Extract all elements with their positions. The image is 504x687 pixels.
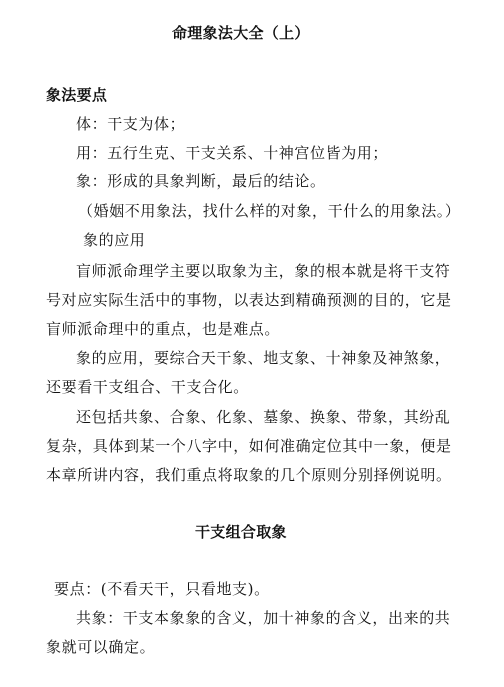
body-line: 用：五行生克、干支关系、十神宫位皆为用；: [76, 144, 388, 162]
body-line: 体：干支为体；: [76, 115, 185, 133]
key-point: 要点：(不看天干，只看地支)。: [54, 580, 270, 598]
body-line: 象：形成的具象判断，最后的结论。: [76, 172, 326, 190]
paragraph-line: 还要看干支组合、干支合化。: [46, 378, 249, 396]
paragraph-line: 还包括共象、合象、化象、墓象、换象、带象，其纷乱: [76, 408, 450, 426]
section-heading-xiangfa: 象法要点: [46, 86, 107, 104]
paragraph-line: 本章所讲内容，我们重点将取象的几个原则分别择例说明。: [46, 466, 452, 484]
paragraph-line: 盲师派命理学主要以取象为主，象的根本就是将干支符: [76, 262, 450, 280]
paragraph-line: 象就可以确定。: [46, 638, 155, 656]
paragraph-line: 盲师派命理中的重点，也是难点。: [46, 320, 280, 338]
paragraph-line: 复杂，具体到某一个八字中，如何准确定位其中一象，便是: [46, 437, 452, 455]
document-title: 命理象法大全（上）: [172, 24, 310, 42]
body-line: （婚姻不用象法，找什么样的对象，干什么的用象法。）: [78, 202, 461, 220]
section-heading-ganzhi: 干支组合取象: [195, 523, 287, 541]
paragraph-line: 号对应实际生活中的事物，以表达到精确预测的目的，它是: [46, 291, 452, 309]
paragraph-line: 象的应用，要综合天干象、地支象、十神象及神煞象，: [76, 349, 450, 367]
document-page: 命理象法大全（上） 象法要点 体：干支为体； 用：五行生克、干支关系、十神宫位皆…: [0, 0, 504, 687]
subheading-xiang-application: 象的应用: [83, 231, 145, 249]
paragraph-line: 共象：干支本象象的含义，加十神象的含义，出来的共: [76, 609, 450, 627]
